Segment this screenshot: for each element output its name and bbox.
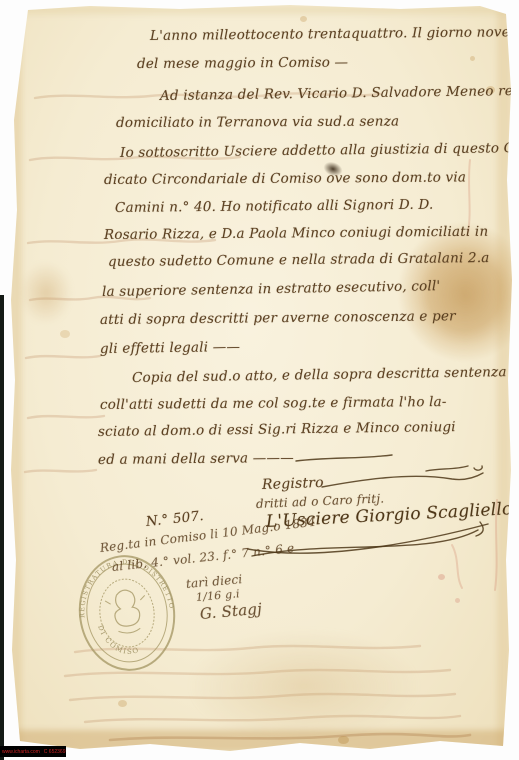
manuscript-number-507: N.° 507. bbox=[145, 508, 204, 530]
manuscript-line: coll'atti sudetti da me col sog.te e fir… bbox=[100, 394, 447, 413]
manuscript-line-registro: Registro bbox=[262, 475, 324, 493]
manuscript-line: questo sudetto Comune e nella strada di … bbox=[108, 250, 490, 270]
manuscript-line: Camini n.° 40. Ho notificato alli Signor… bbox=[115, 197, 434, 216]
watermark-strip: www.icharta.com C 652369 bbox=[0, 746, 66, 757]
manuscript-line: atti di sopra descritti per averne conos… bbox=[100, 308, 456, 328]
document-page: REGISTRATURA DEL DISTRETTO DI COMISO L'a… bbox=[0, 0, 519, 760]
manuscript-line: domiciliato in Terranova via sud.a senza bbox=[116, 114, 399, 131]
manuscript-line: ed a mani della serva ——— bbox=[98, 450, 294, 468]
manuscript-line: la superiore sentenza in estratto esecut… bbox=[102, 278, 441, 300]
manuscript-line: sciato al dom.o di essi Sig.ri Rizza e M… bbox=[98, 419, 456, 440]
foxing-spot bbox=[438, 574, 445, 580]
foxing-spot bbox=[118, 700, 127, 707]
paper-edge-shading bbox=[0, 730, 519, 752]
manuscript-line: Copia del sud.o atto, e della sopra desc… bbox=[132, 364, 507, 386]
registrar-signature: G. Stagj bbox=[199, 600, 262, 623]
manuscript-line: dicato Circondariale di Comiso ove sono … bbox=[104, 169, 466, 188]
paper-edge-shading bbox=[0, 5, 519, 14]
foxing-spot bbox=[60, 330, 70, 338]
foxing-spot bbox=[455, 598, 460, 603]
foxing-spot bbox=[470, 56, 475, 61]
watermark-code: C 652369 bbox=[44, 749, 66, 755]
manuscript-line: Ad istanza del Rev. Vicario D. Salvadore… bbox=[160, 82, 519, 104]
scanner-edge-shadow bbox=[0, 295, 4, 760]
watermark-site: www.icharta.com bbox=[2, 749, 40, 755]
manuscript-line: Rosario Rizza, e D.a Paola Minco coniugi… bbox=[104, 224, 488, 243]
seal-bottom-text: DI COMISO bbox=[96, 619, 141, 660]
manuscript-line: del mese maggio in Comiso — bbox=[137, 55, 348, 72]
svg-text:DI COMISO: DI COMISO bbox=[96, 619, 141, 660]
foxing-spot bbox=[338, 736, 349, 744]
paper-edge-shading bbox=[8, 0, 22, 760]
manuscript-line: Io sottoscritto Usciere addetto alla giu… bbox=[120, 140, 519, 161]
manuscript-line-date: L'anno milleottocento trentaquattro. Il … bbox=[150, 24, 510, 44]
manuscript-line: gli effetti legali —— bbox=[100, 339, 240, 357]
scanned-document: REGISTRATURA DEL DISTRETTO DI COMISO L'a… bbox=[0, 0, 519, 760]
bottom-stain bbox=[188, 628, 420, 744]
foxing-spot bbox=[300, 16, 307, 22]
margin-stain bbox=[20, 262, 72, 324]
